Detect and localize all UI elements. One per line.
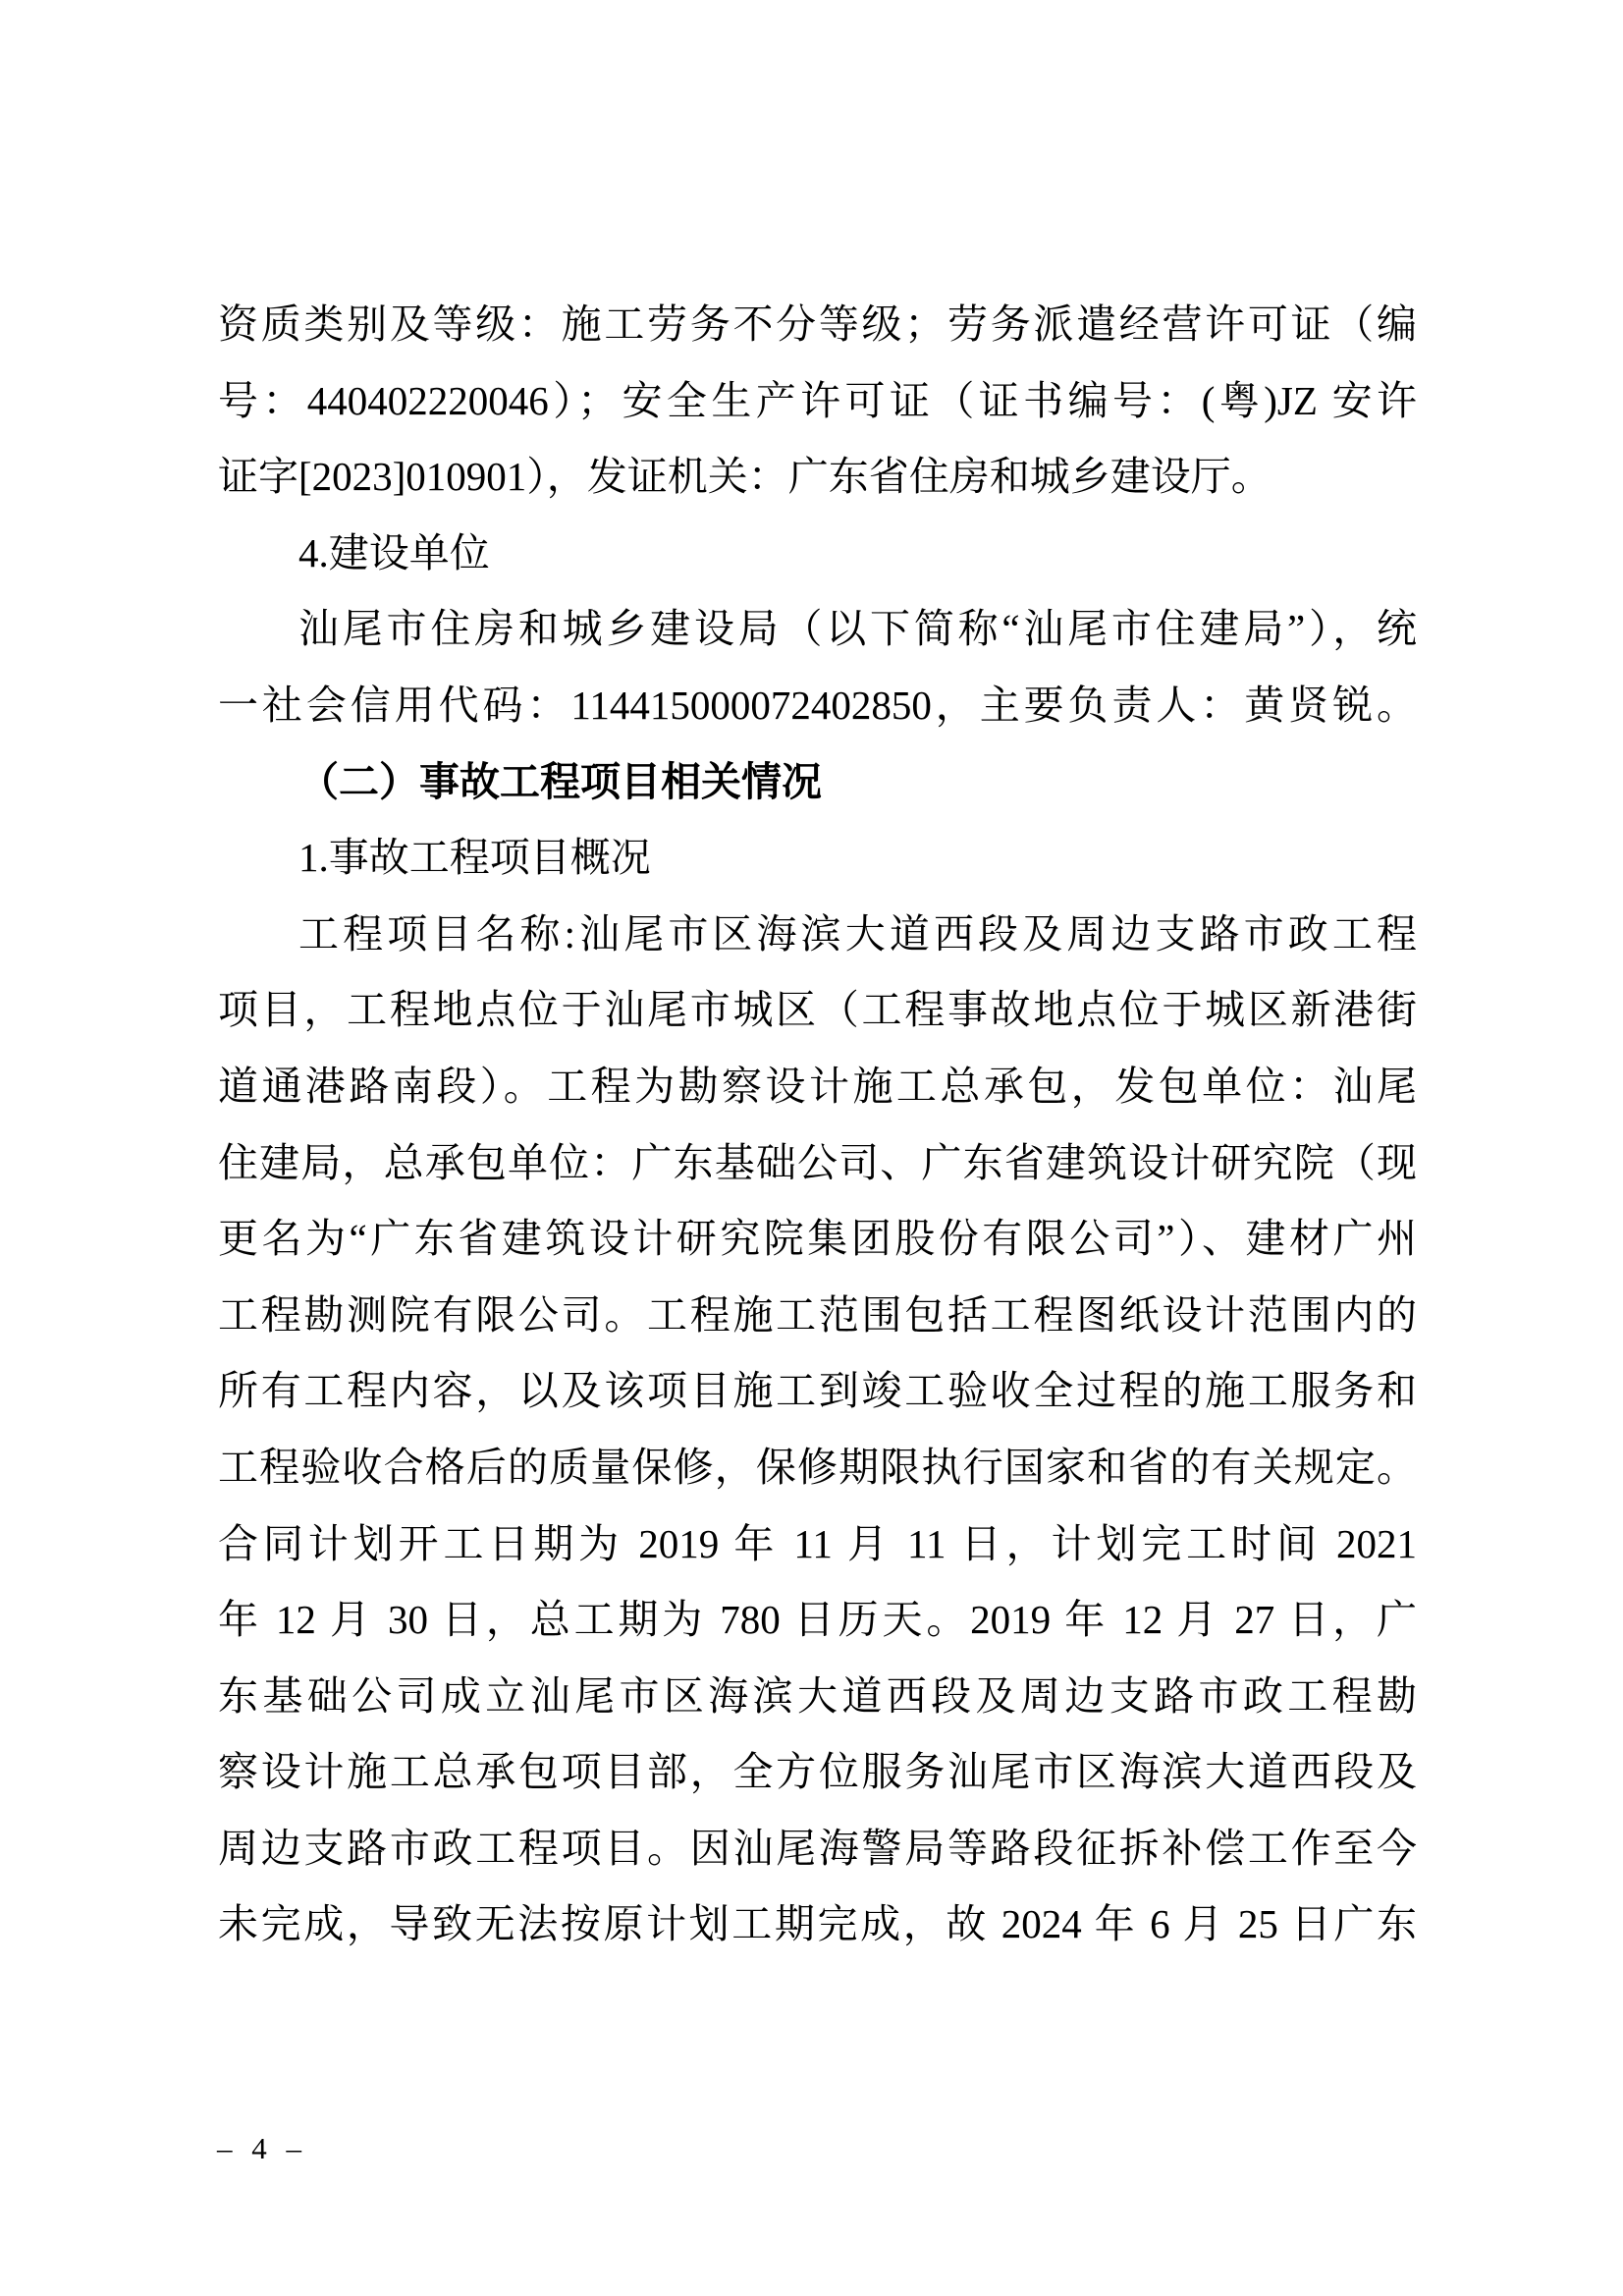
document-line: 工程验收合格后的质量保修，保修期限执行国家和省的有关规定。 (218, 1430, 1417, 1506)
document-line: 住建局，总承包单位：广东基础公司、广东省建筑设计研究院（现 (218, 1125, 1417, 1202)
document-line: 工程项目名称:汕尾市区海滨大道西段及周边支路市政工程 (218, 897, 1417, 973)
document-line: 察设计施工总承包项目部，全方位服务汕尾市区海滨大道西段及 (218, 1734, 1417, 1811)
document-line: 未完成，导致无法按原计划工期完成，故 2024 年 6 月 25 日广东 (218, 1886, 1417, 1963)
document-line: 项目，工程地点位于汕尾市城区（工程事故地点位于城区新港街 (218, 972, 1417, 1049)
document-line: 周边支路市政工程项目。因汕尾海警局等路段征拆补偿工作至今 (218, 1811, 1417, 1887)
document-line: 号：440402220046）；安全生产许可证（证书编号：(粤)JZ 安许 (218, 363, 1417, 440)
document-line: 合同计划开工日期为 2019 年 11 月 11 日，计划完工时间 2021 (218, 1506, 1417, 1583)
document-line: 道通港路南段）。工程为勘察设计施工总承包，发包单位：汕尾 (218, 1049, 1417, 1125)
document-line: 更名为“广东省建筑设计研究院集团股份有限公司”）、建材广州 (218, 1201, 1417, 1278)
document-line: 汕尾市住房和城乡建设局（以下简称“汕尾市住建局”），统 (218, 591, 1417, 668)
clause-heading: 4.建设单位 (218, 516, 1417, 592)
document-line: 一社会信用代码：114415000072402850，主要负责人：黄贤锐。 (218, 668, 1417, 744)
document-line: 年 12 月 30 日，总工期为 780 日历天。2019 年 12 月 27 … (218, 1582, 1417, 1659)
clause-heading: 1.事故工程项目概况 (218, 820, 1417, 897)
document-line: 东基础公司成立汕尾市区海滨大道西段及周边支路市政工程勘 (218, 1659, 1417, 1735)
document-line: 所有工程内容，以及该项目施工到竣工验收全过程的施工服务和 (218, 1353, 1417, 1430)
document-body: 资质类别及等级：施工劳务不分等级；劳务派遣经营许可证（编 号：440402220… (218, 287, 1417, 1963)
section-heading: （二）事故工程项目相关情况 (218, 744, 1417, 821)
page-number: – 4 – (217, 2128, 307, 2169)
document-line: 工程勘测院有限公司。工程施工范围包括工程图纸设计范围内的 (218, 1278, 1417, 1354)
document-line: 证字[2023]010901），发证机关：广东省住房和城乡建设厅。 (218, 439, 1417, 516)
document-line: 资质类别及等级：施工劳务不分等级；劳务派遣经营许可证（编 (218, 287, 1417, 363)
